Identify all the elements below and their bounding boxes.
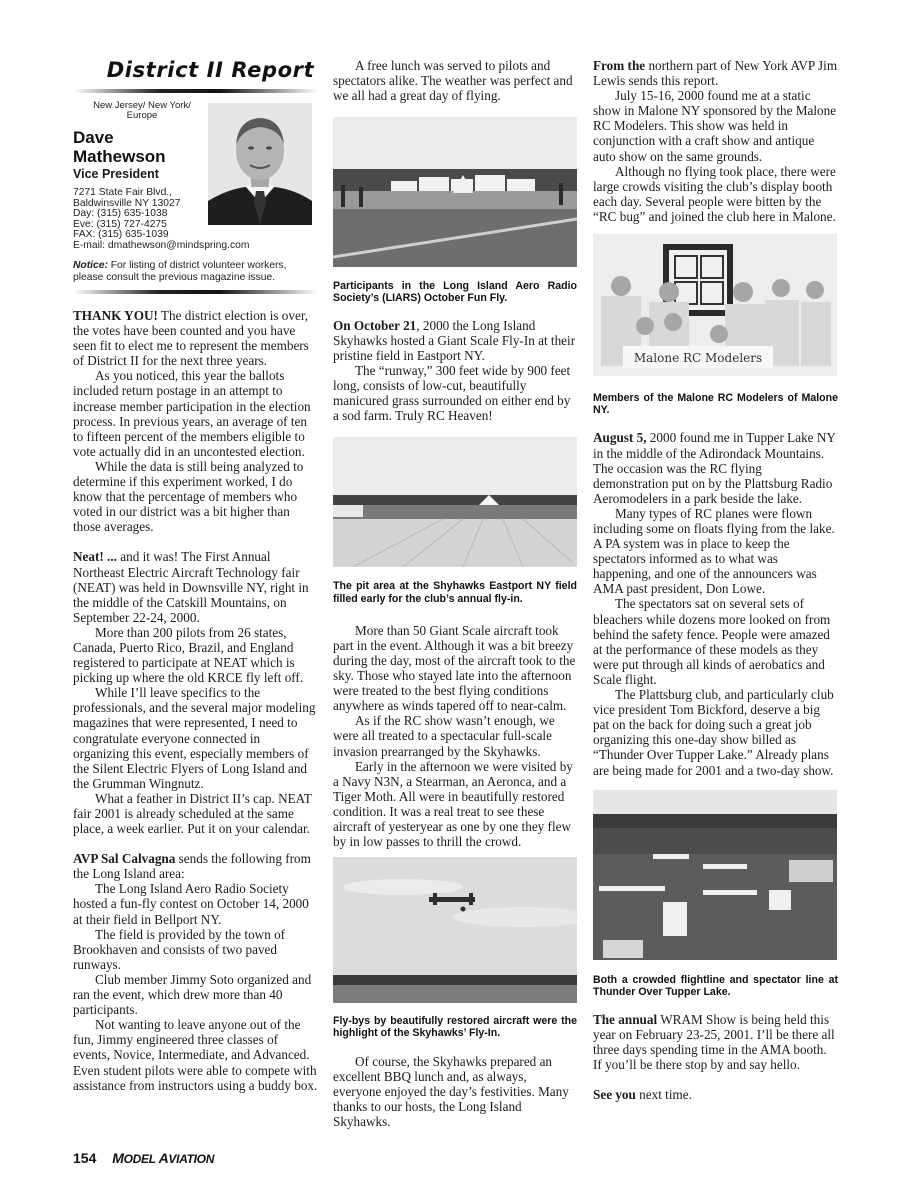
photo-flyby: [333, 857, 577, 1003]
club-banner-text: Malone RC Modelers: [634, 351, 762, 365]
paragraph: The field is provided by the town of Bro…: [73, 927, 318, 972]
paragraph-lead: From the: [593, 58, 645, 73]
column-2-text-bottom: Of course, the Skyhawks prepared an exce…: [333, 1054, 577, 1129]
paragraph: Of course, the Skyhawks prepared an exce…: [333, 1054, 577, 1129]
paragraph-lead: Neat! ...: [73, 549, 117, 564]
column-2: A free lunch was served to pilots and sp…: [333, 58, 577, 1129]
photo-tupper-lake: [593, 790, 837, 960]
title-divider: [73, 89, 318, 93]
paragraph-gap: [73, 534, 318, 549]
pit-area-photo-icon: [333, 437, 577, 567]
column-1-text: THANK YOU! The district election is over…: [73, 308, 318, 1093]
field-crowd-photo-icon: [333, 117, 577, 267]
magazine-word: ODEL: [124, 1152, 159, 1166]
paragraph: Not wanting to leave anyone out of the f…: [73, 1017, 318, 1092]
column-3-text-bottom: The annual WRAM Show is being held this …: [593, 1012, 838, 1102]
column-3-text-top: From the northern part of New York AVP J…: [593, 58, 838, 224]
paragraph-lead: On October 21: [333, 318, 416, 333]
photo-pit-area: [333, 437, 577, 567]
paragraph: The annual WRAM Show is being held this …: [593, 1012, 838, 1072]
vp-portrait-photo: [208, 103, 312, 225]
paragraph: On October 21, 2000 the Long Island Skyh…: [333, 318, 577, 363]
paragraph-lead: August 5,: [593, 430, 647, 445]
paragraph-lead: AVP Sal Calvagna: [73, 851, 175, 866]
portrait-image-icon: [208, 103, 312, 225]
paragraph: While the data is still being analyzed t…: [73, 459, 318, 534]
column-1: District II Report New Jersey/ New York/…: [73, 58, 318, 1093]
paragraph: The spectators sat on several sets of bl…: [593, 596, 838, 687]
paragraph: July 15-16, 2000 found me at a static sh…: [593, 88, 838, 163]
magazine-initial: M: [112, 1150, 123, 1166]
paragraph: August 5, 2000 found me in Tupper Lake N…: [593, 430, 838, 505]
paragraph: Although no flying took place, there wer…: [593, 164, 838, 224]
page-footer: 154 MODEL AVIATION: [73, 1150, 214, 1166]
paragraph: THANK YOU! The district election is over…: [73, 308, 318, 368]
paragraph: The Plattsburg club, and particularly cl…: [593, 687, 838, 778]
flightline-photo-icon: [593, 790, 837, 960]
photo-caption: Fly-bys by beautifully restored aircraft…: [333, 1015, 577, 1039]
column-3: From the northern part of New York AVP J…: [593, 58, 838, 1102]
column-3-text-mid: August 5, 2000 found me in Tupper Lake N…: [593, 430, 838, 777]
column-2-text-top: A free lunch was served to pilots and sp…: [333, 58, 577, 103]
paragraph-lead: THANK YOU!: [73, 308, 158, 323]
paragraph-text: next time.: [636, 1087, 692, 1102]
column-2-text-lower: More than 50 Giant Scale aircraft took p…: [333, 623, 577, 849]
paragraph: As you noticed, this year the ballots in…: [73, 368, 318, 459]
paragraph-lead: See you: [593, 1087, 636, 1102]
notice-label: Notice:: [73, 260, 108, 271]
page-title: District II Report: [103, 58, 318, 86]
notice-box: Notice: For listing of district voluntee…: [73, 260, 318, 284]
photo-liars-fun-fly: [333, 117, 577, 267]
paragraph: Many types of RC planes were flown inclu…: [593, 506, 838, 597]
club-members-photo-icon: Malone RC Modelers: [593, 234, 837, 376]
photo-caption: Both a crowded flightline and spectator …: [593, 974, 838, 998]
photo-caption: The pit area at the Shyhawks Eastport NY…: [333, 580, 577, 604]
vp-profile: New Jersey/ New York/ Europe Dave Mathew…: [73, 101, 318, 251]
paragraph: While I’ll leave specifics to the profes…: [73, 685, 318, 791]
notice-divider: [73, 290, 318, 294]
paragraph: Club member Jimmy Soto organized and ran…: [73, 972, 318, 1017]
paragraph: The “runway,” 300 feet wide by 900 feet …: [333, 363, 577, 423]
paragraph: A free lunch was served to pilots and sp…: [333, 58, 577, 103]
paragraph: The Long Island Aero Radio Society hoste…: [73, 881, 318, 926]
paragraph-gap: [73, 836, 318, 851]
photo-caption: Participants in the Long Island Aero Rad…: [333, 280, 577, 304]
paragraph: What a feather in District II’s cap. NEA…: [73, 791, 318, 836]
paragraph-gap: [593, 1072, 838, 1087]
flyby-aircraft-photo-icon: [333, 857, 577, 1003]
paragraph: See you next time.: [593, 1087, 838, 1102]
column-2-text-mid: On October 21, 2000 the Long Island Skyh…: [333, 318, 577, 424]
paragraph-lead: The annual: [593, 1012, 657, 1027]
paragraph: AVP Sal Calvagna sends the following fro…: [73, 851, 318, 881]
page-number: 154: [73, 1150, 96, 1166]
paragraph: Early in the afternoon we were visited b…: [333, 759, 577, 850]
photo-caption: Members of the Malone RC Modelers of Mal…: [593, 392, 838, 416]
magazine-initial: A: [159, 1150, 169, 1166]
email-address: E-mail: dmathewson@mindspring.com: [73, 241, 318, 252]
district-region: New Jersey/ New York/ Europe: [73, 101, 203, 120]
paragraph: More than 200 pilots from 26 states, Can…: [73, 625, 318, 685]
magazine-word: VIATION: [168, 1152, 214, 1166]
paragraph: From the northern part of New York AVP J…: [593, 58, 838, 88]
photo-malone-modelers: Malone RC Modelers: [593, 234, 837, 376]
paragraph: Neat! ... and it was! The First Annual N…: [73, 549, 318, 624]
paragraph: More than 50 Giant Scale aircraft took p…: [333, 623, 577, 714]
magazine-name: MODEL AVIATION: [112, 1152, 214, 1166]
paragraph: As if the RC show wasn’t enough, we were…: [333, 713, 577, 758]
